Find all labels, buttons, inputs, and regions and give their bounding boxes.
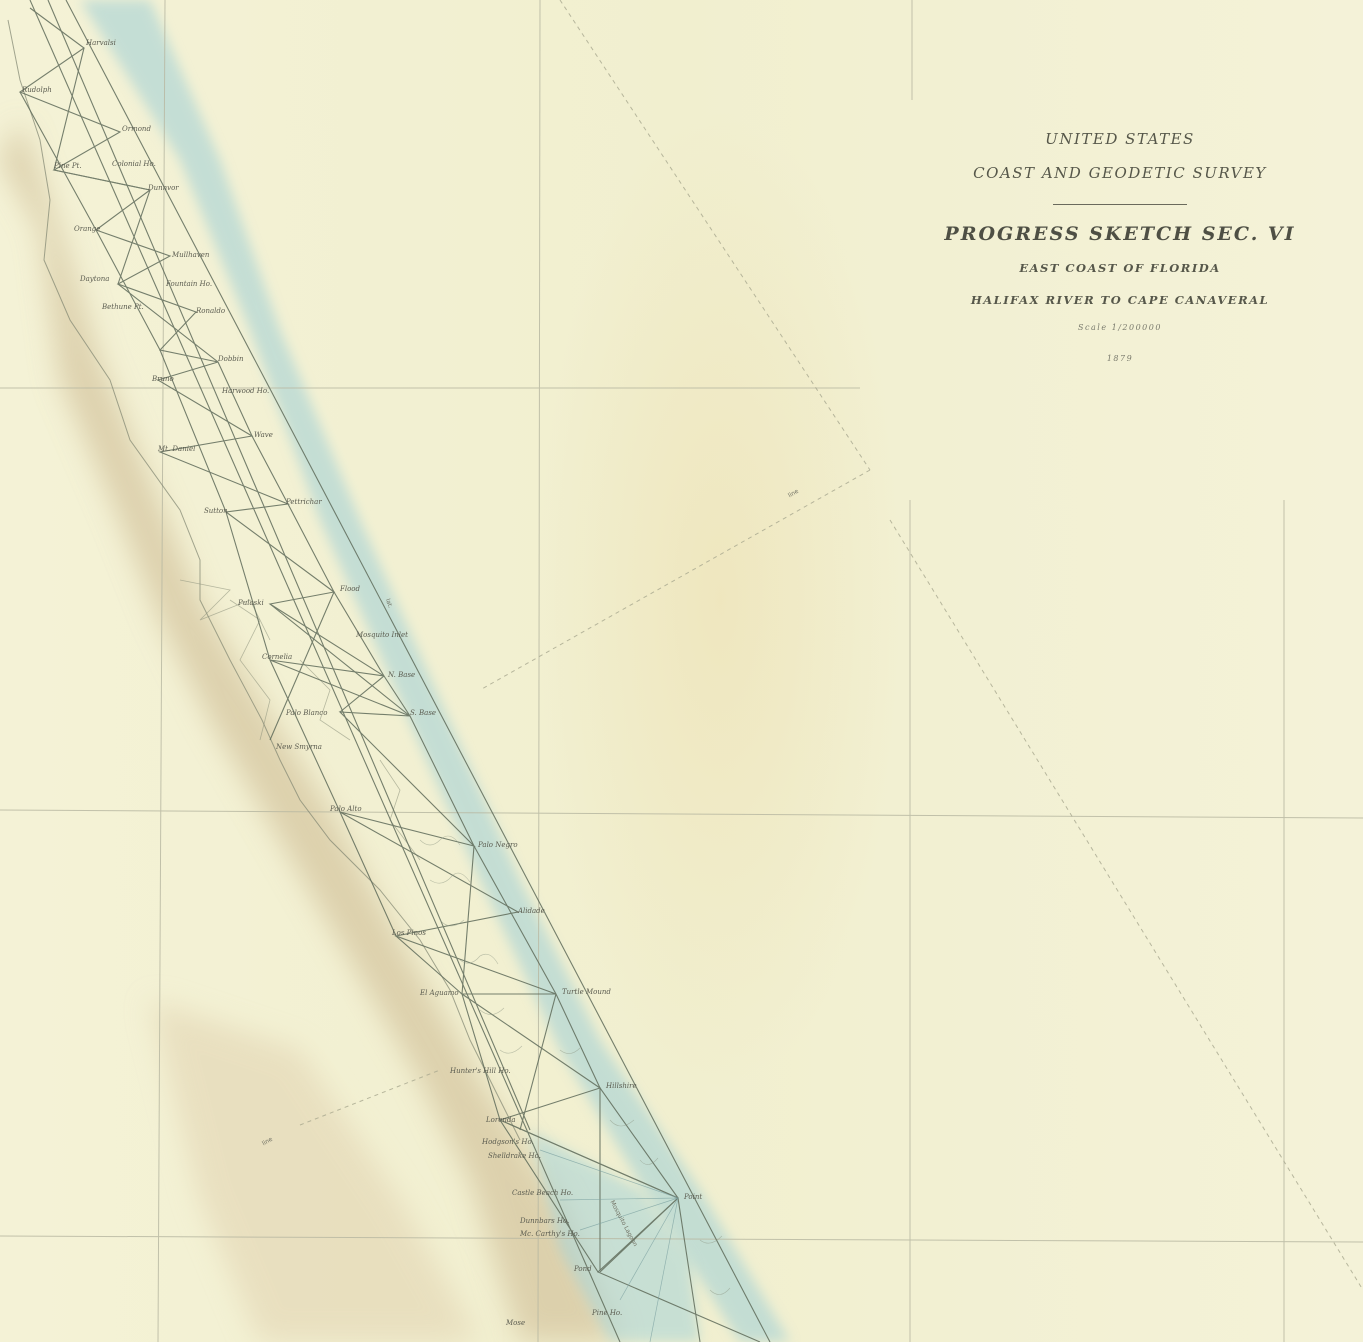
place-label: Sutton (204, 507, 228, 515)
place-label: Lorenda (486, 1116, 516, 1124)
place-label: Castle Beach Ho. (512, 1189, 573, 1197)
place-label: Flood (340, 585, 360, 593)
place-label: Los Pinos (392, 929, 426, 937)
place-label: Rudolph (22, 86, 52, 94)
map-year: 1879 (940, 354, 1300, 363)
map-subtitle: EAST COAST OF FLORIDA (940, 261, 1300, 275)
place-label: Harvalsi (86, 39, 116, 47)
place-label: Mc. Carthy's Ho. (520, 1230, 580, 1238)
place-label: Hodgson's Ho. (482, 1138, 534, 1146)
survey-map[interactable]: UNITED STATES COAST AND GEODETIC SURVEY … (0, 0, 1363, 1342)
place-label: Hunter's Hill Ho. (450, 1067, 511, 1075)
place-label: Harwood Ho. (222, 387, 269, 395)
place-label: New Smyrna (276, 743, 322, 751)
place-label: Bruno (152, 375, 174, 383)
place-label: Pond (574, 1265, 592, 1273)
place-label: Cornelia (262, 653, 292, 661)
place-label: Daytona (80, 275, 109, 283)
inland-shoreline (8, 20, 520, 1140)
place-label: Dunnbars Ho. (520, 1217, 569, 1225)
place-label: Mose (506, 1319, 525, 1327)
place-label: Fountain Ho. (166, 280, 212, 288)
place-label: N. Base (388, 671, 415, 679)
place-label: Palo Alto (330, 805, 362, 813)
place-label: S. Base (410, 709, 436, 717)
title-divider (1053, 204, 1187, 205)
place-label: Ronaldo (196, 307, 225, 315)
agency-line-2: COAST AND GEODETIC SURVEY (940, 164, 1300, 182)
place-label: Wave (254, 431, 273, 439)
place-label: Pine Pt. (54, 162, 82, 170)
place-label: Alidade (518, 907, 545, 915)
place-label: Pulaski (238, 599, 264, 607)
map-title: PROGRESS SKETCH SEC. VI (940, 223, 1300, 245)
place-label: El Aguamo (420, 989, 459, 997)
place-label: Bethune Pt. (102, 303, 144, 311)
place-label: Colonial Ho. (112, 160, 156, 168)
agency-line-1: UNITED STATES (940, 130, 1300, 148)
place-label: Mt. Daniel (158, 445, 195, 453)
place-label: Pine Ho. (592, 1309, 622, 1317)
map-scale: Scale 1/200000 (940, 323, 1300, 332)
place-label: Hillshire (606, 1082, 637, 1090)
title-block: UNITED STATES COAST AND GEODETIC SURVEY … (940, 128, 1300, 363)
place-label: Palo Blanco (286, 709, 327, 717)
place-label: Point (684, 1193, 702, 1201)
place-label: Dunnvor (148, 184, 179, 192)
place-label: Pettrichar (286, 498, 322, 506)
place-label: Orange (74, 225, 100, 233)
place-label: Turtle Mound (562, 988, 611, 996)
place-label: Dobbin (218, 355, 244, 363)
place-label: Mullhaven (172, 251, 209, 259)
place-label: Palo Negro (478, 841, 518, 849)
map-region: HALIFAX RIVER TO CAPE CANAVERAL (940, 293, 1300, 307)
place-label: Ormond (122, 125, 151, 133)
place-label: Mosquito Inlet (356, 631, 408, 639)
place-label: Shelldrake Ho. (488, 1152, 541, 1160)
